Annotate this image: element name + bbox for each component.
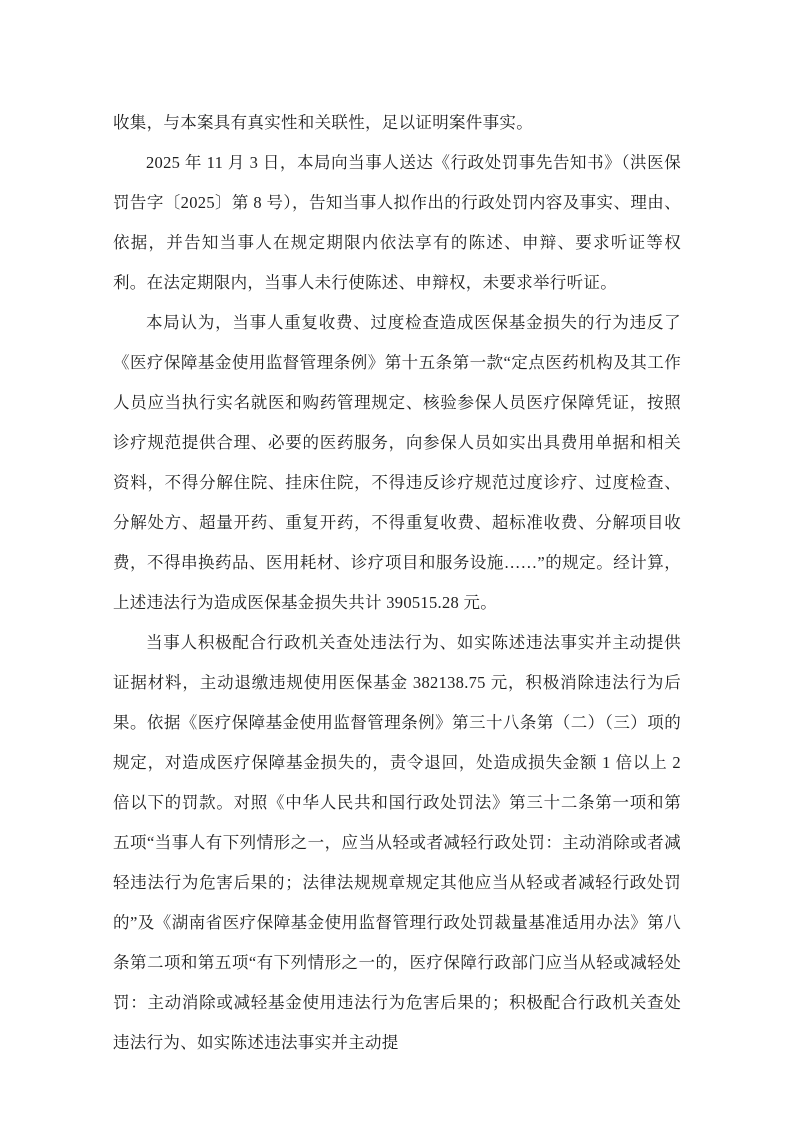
paragraph-continuation: 收集，与本案具有真实性和关联性，足以证明案件事实。 bbox=[113, 103, 681, 143]
document-page: 收集，与本案具有真实性和关联性，足以证明案件事实。 2025 年 11 月 3 … bbox=[0, 0, 793, 1122]
paragraph-mitigation-basis: 当事人积极配合行政机关查处违法行为、如实陈述违法事实并主动提供证据材料，主动退缴… bbox=[113, 623, 681, 1063]
paragraph-prior-notice: 2025 年 11 月 3 日，本局向当事人送达《行政处罚事先告知书》（洪医保罚… bbox=[113, 143, 681, 303]
document-body: 收集，与本案具有真实性和关联性，足以证明案件事实。 2025 年 11 月 3 … bbox=[113, 103, 681, 1063]
paragraph-violation-finding: 本局认为，当事人重复收费、过度检查造成医保基金损失的行为违反了《医疗保障基金使用… bbox=[113, 303, 681, 623]
